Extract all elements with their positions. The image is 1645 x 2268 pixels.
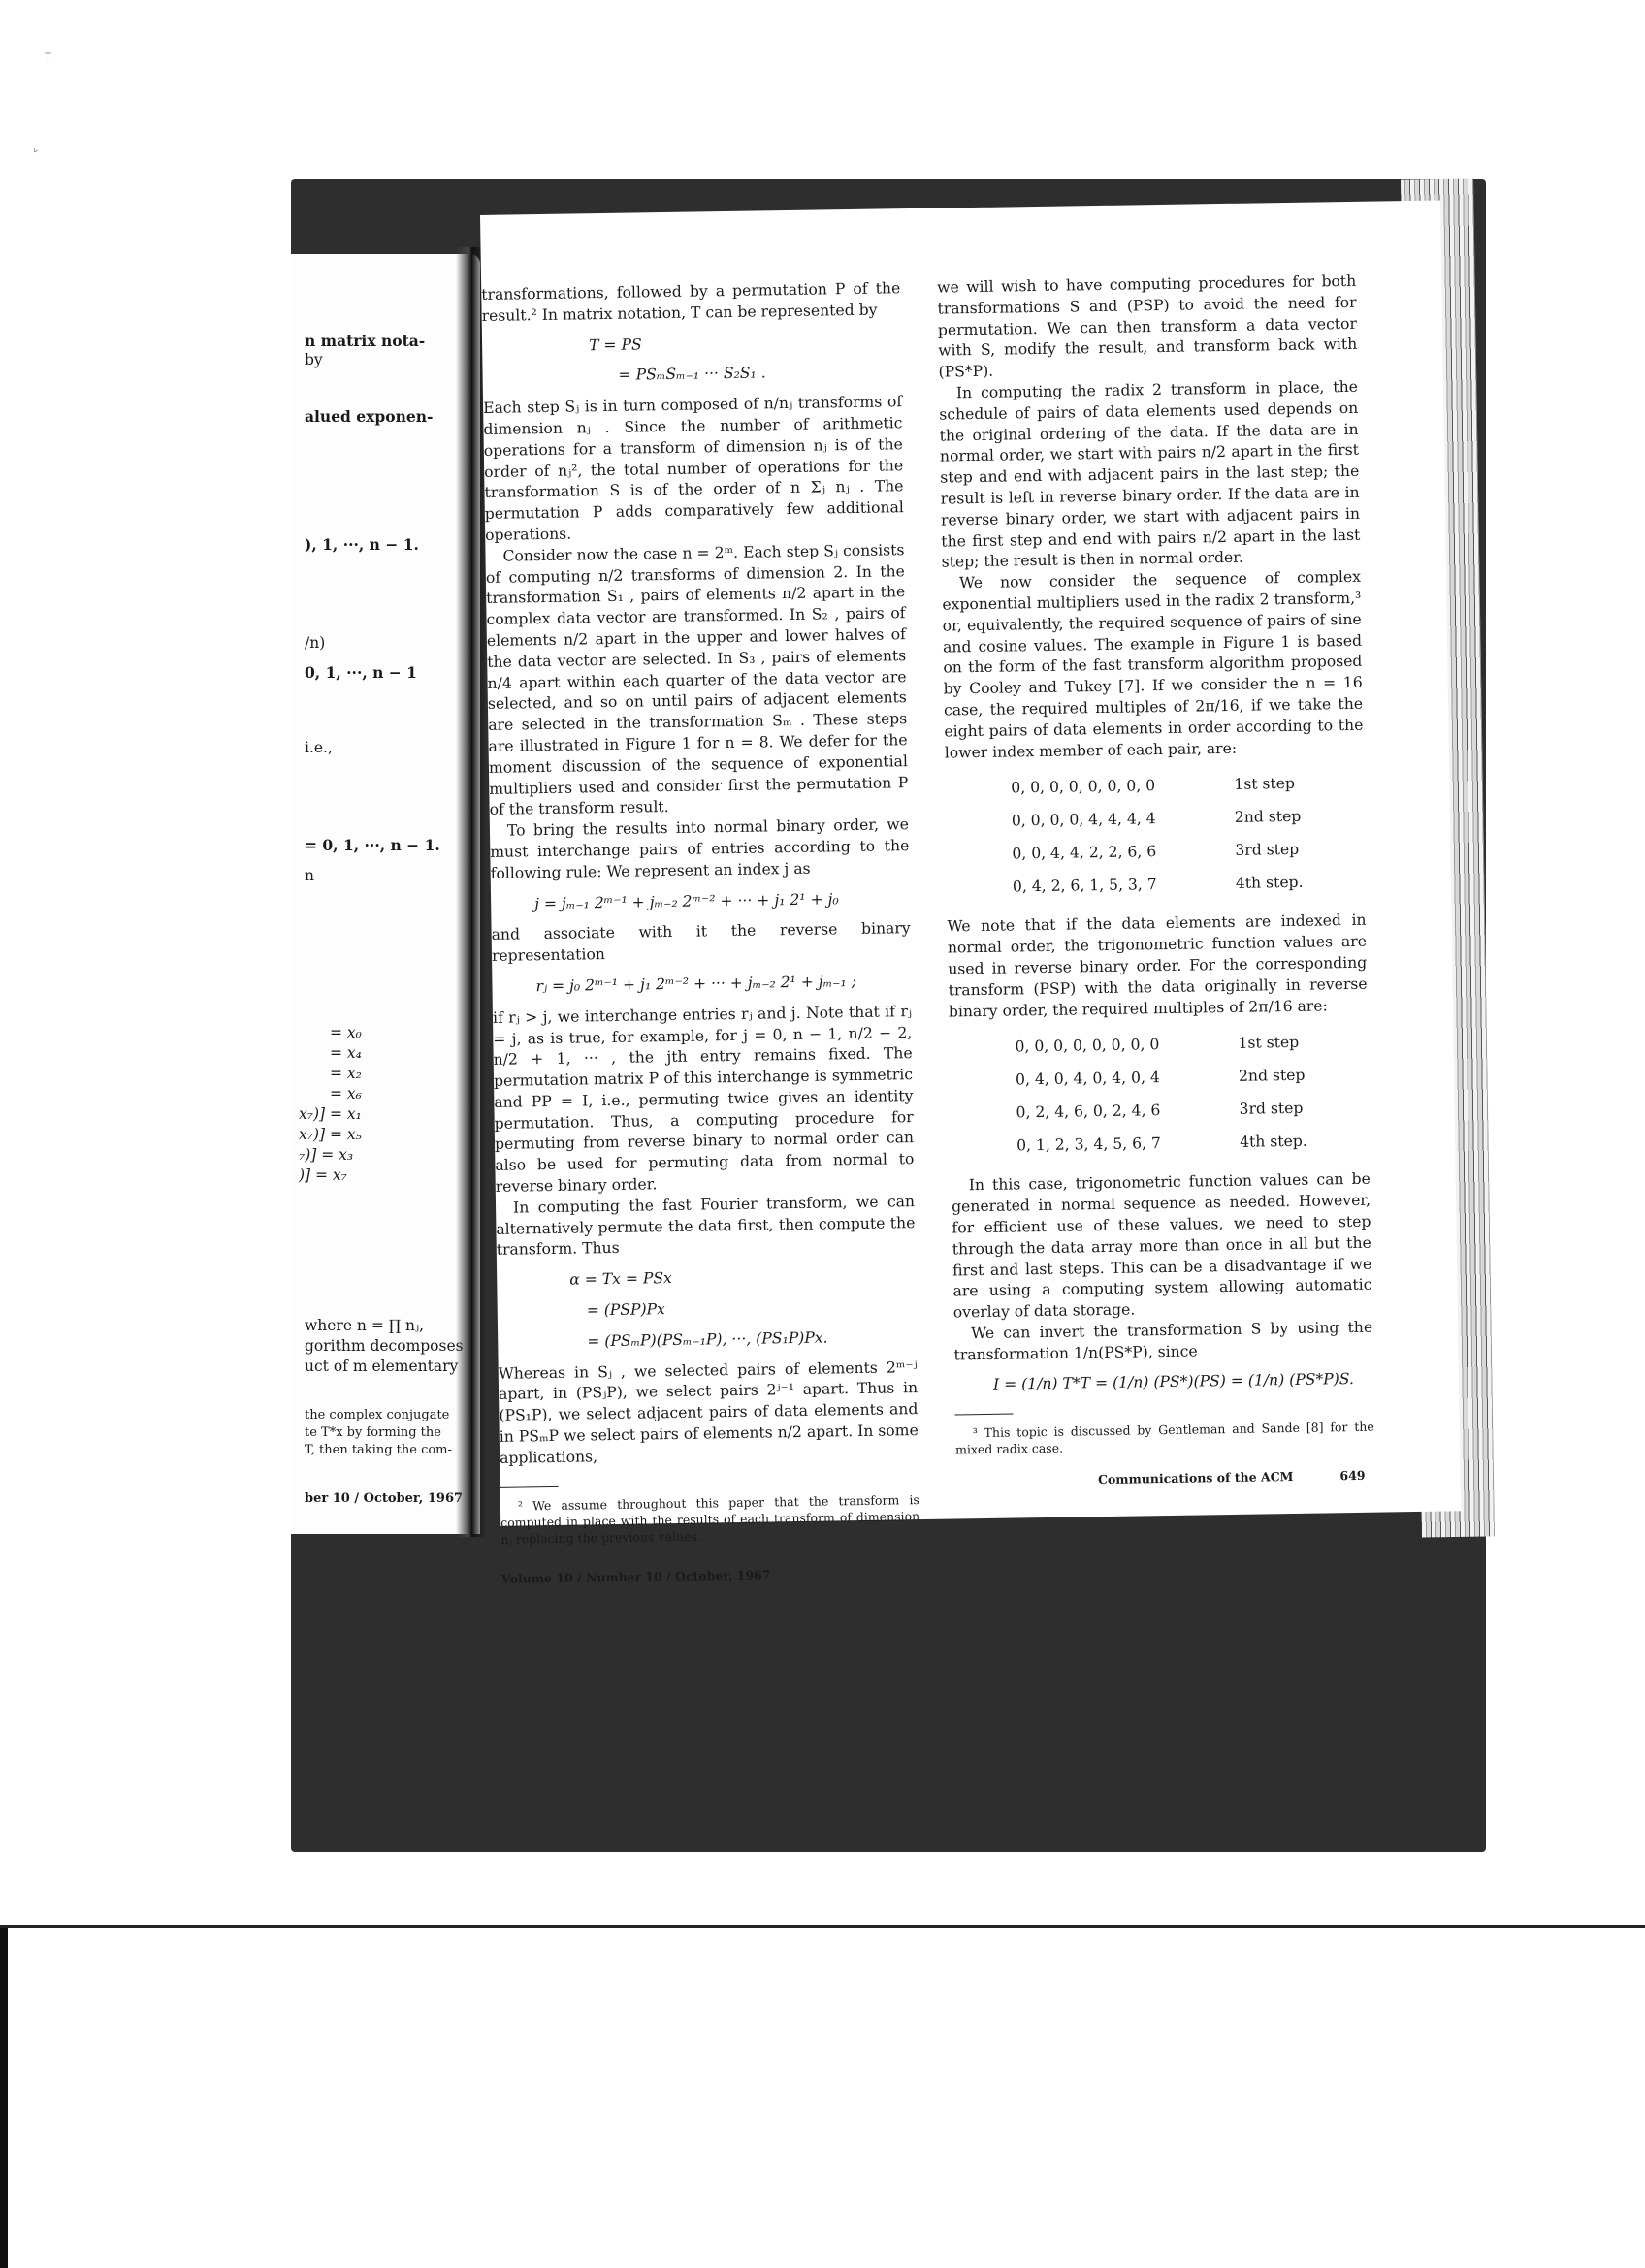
equation: T = PS: [482, 331, 901, 359]
footnote-rule: [500, 1486, 559, 1488]
left-fragment: /n): [305, 634, 325, 652]
scan-speck: ˬ: [31, 137, 45, 153]
step-values: 0, 0, 0, 0, 0, 0, 0, 0: [1015, 1035, 1209, 1059]
left-fragment: )] = x₇: [299, 1166, 347, 1184]
footnote: ² We assume throughout this paper that t…: [500, 1491, 920, 1548]
step-row: 0, 4, 2, 6, 1, 5, 3, 7 4th step.: [947, 866, 1366, 906]
step-label: 3rd step: [1235, 840, 1299, 862]
paragraph: In computing the fast Fourier transform,…: [496, 1192, 916, 1262]
left-fragment: ₇)] = x₃: [299, 1146, 353, 1164]
left-fragment: n: [305, 867, 314, 884]
multiplier-table-normal: 0, 0, 0, 0, 0, 0, 0, 0 1st step 0, 0, 0,…: [945, 767, 1366, 906]
left-fragment: = x₀: [330, 1024, 362, 1041]
paragraph: if rⱼ > j, we interchange entries rⱼ and…: [493, 1002, 915, 1198]
left-page-remnant: n matrix nota- by alued exponen- ), 1, ·…: [291, 254, 480, 1534]
left-fragment: the complex conjugate: [305, 1408, 449, 1422]
step-label: 2nd step: [1239, 1066, 1306, 1088]
left-fragment: = x₆: [330, 1085, 362, 1102]
page-number: 649: [1339, 1465, 1365, 1486]
step-values: 0, 4, 2, 6, 1, 5, 3, 7: [1013, 875, 1207, 899]
book-gutter: [456, 247, 485, 1537]
step-row: 0, 1, 2, 3, 4, 5, 6, 7 4th step.: [951, 1125, 1370, 1165]
left-fragment: alued exponen-: [305, 407, 433, 426]
left-fragment: where n = ∏ nⱼ,: [305, 1317, 424, 1334]
equation: = (PSP)Px: [498, 1295, 917, 1324]
left-fragment: 0, 1, ···, n − 1: [305, 663, 417, 682]
step-label: 1st step: [1238, 1033, 1299, 1055]
journal-name: Communications of the ACM: [1098, 1466, 1294, 1490]
left-fragment: te T*x by forming the: [305, 1425, 441, 1440]
left-fragment: = 0, 1, ···, n − 1.: [305, 836, 440, 854]
step-values: 0, 4, 0, 4, 0, 4, 0, 4: [1016, 1068, 1210, 1092]
paragraph: We now consider the sequence of complex …: [942, 567, 1364, 764]
footnote-rule: [954, 1414, 1013, 1416]
left-fragment: gorithm decomposes: [305, 1337, 464, 1355]
equation: α = Tx = PSx: [497, 1264, 916, 1293]
left-fragment: = x₂: [330, 1065, 362, 1082]
step-values: 0, 1, 2, 3, 4, 5, 6, 7: [1016, 1134, 1210, 1158]
paragraph: To bring the results into normal binary …: [490, 815, 910, 884]
step-label: 4th step.: [1236, 873, 1304, 895]
step-values: 0, 2, 4, 6, 0, 2, 4, 6: [1016, 1101, 1210, 1125]
equation: = (PSₘP)(PSₘ₋₁P), ···, (PS₁P)Px.: [498, 1326, 917, 1355]
paragraph: we will wish to have computing procedure…: [937, 272, 1358, 384]
left-fragment: uct of m elementary: [305, 1358, 458, 1375]
scan-speck: †: [45, 48, 51, 64]
equation: I = (1/n) T*T = (1/n) (PS*)(PS) = (1/n) …: [954, 1369, 1373, 1397]
left-fragment: x₇)] = x₅: [299, 1126, 362, 1143]
paragraph: We can invert the transformation S by us…: [953, 1318, 1373, 1366]
multiplier-table-reverse: 0, 0, 0, 0, 0, 0, 0, 0 1st step 0, 4, 0,…: [949, 1026, 1370, 1165]
step-values: 0, 0, 0, 0, 0, 0, 0, 0: [1011, 776, 1205, 800]
paragraph: In this case, trigonometric function val…: [952, 1169, 1372, 1324]
right-column: we will wish to have computing procedure…: [937, 272, 1375, 1493]
equation: j = jₘ₋₁ 2ᵐ⁻¹ + jₘ₋₂ 2ᵐ⁻² + ··· + j₁ 2¹ …: [491, 888, 910, 916]
left-fragment: = x₄: [330, 1044, 362, 1062]
left-fragment: n matrix nota-: [305, 332, 425, 350]
step-values: 0, 0, 4, 4, 2, 2, 6, 6: [1012, 842, 1206, 866]
paragraph: Whereas in Sⱼ , we selected pairs of ele…: [499, 1358, 919, 1470]
equation: = PSₘSₘ₋₁ ··· S₂S₁ .: [482, 362, 901, 390]
step-label: 3rd step: [1239, 1099, 1303, 1121]
paragraph: In computing the radix 2 transform in pl…: [939, 377, 1361, 574]
scanner-bottom-margin: [0, 1925, 1645, 2268]
paragraph: transformations, followed by a permutati…: [481, 278, 901, 327]
paragraph: Consider now the case n = 2ᵐ. Each step …: [485, 540, 908, 821]
equation: rⱼ = j₀ 2ᵐ⁻¹ + j₁ 2ᵐ⁻² + ··· + jₘ₋₂ 2¹ +…: [492, 971, 911, 999]
step-label: 1st step: [1234, 774, 1295, 796]
left-fragment: x₇)] = x₁: [299, 1105, 362, 1123]
paragraph: We note that if the data elements are in…: [947, 910, 1368, 1023]
step-values: 0, 0, 0, 0, 4, 4, 4, 4: [1012, 809, 1206, 833]
step-label: 2nd step: [1235, 807, 1302, 829]
journal-footer: Communications of the ACM 649: [955, 1465, 1374, 1493]
left-page-footer: ber 10 / October, 1967: [305, 1491, 463, 1506]
left-fragment: by: [305, 351, 323, 368]
left-fragment: ), 1, ···, n − 1.: [305, 535, 419, 554]
scanner-edge: [0, 1928, 8, 2268]
left-fragment: i.e.,: [305, 739, 333, 756]
footnote: ³ This topic is discussed by Gentleman a…: [955, 1419, 1374, 1458]
left-fragment: T, then taking the com-: [305, 1443, 452, 1457]
paragraph: Each step Sⱼ is in turn composed of n/nⱼ…: [483, 392, 904, 546]
journal-page: transformations, followed by a permutati…: [480, 200, 1461, 1525]
left-column: transformations, followed by a permutati…: [481, 278, 920, 1589]
step-label: 4th step.: [1240, 1132, 1307, 1154]
paragraph: and associate with it the reverse binary…: [492, 918, 912, 967]
